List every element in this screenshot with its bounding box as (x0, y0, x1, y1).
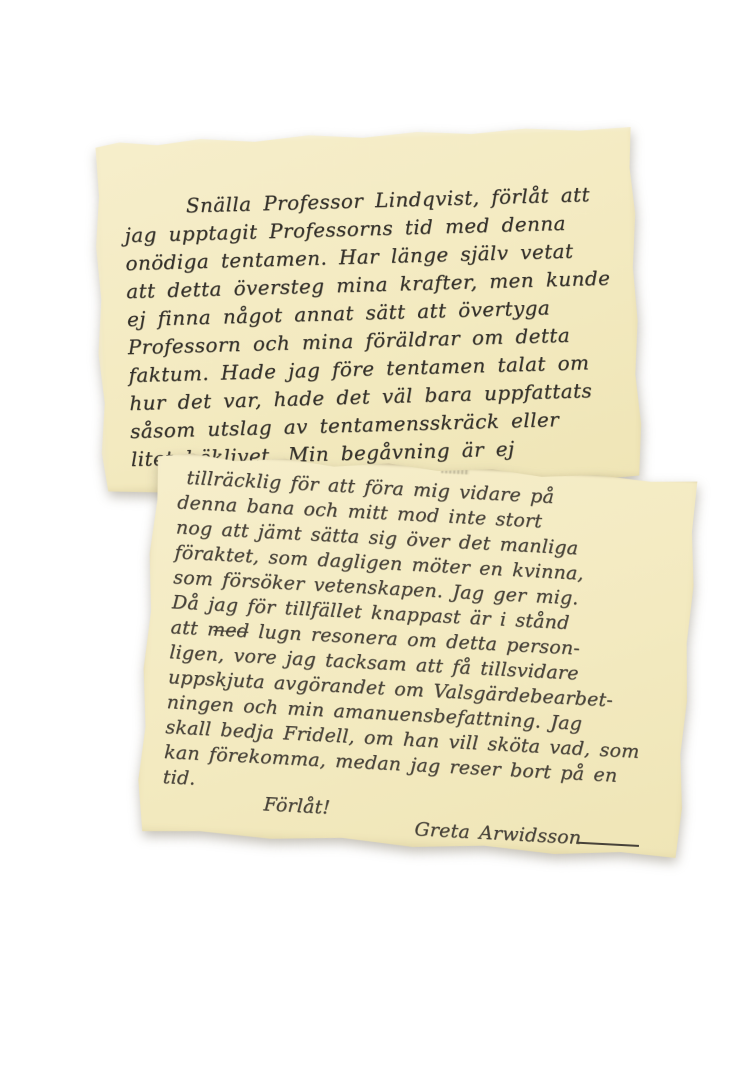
letter-card-top: Snälla Professor Lindqvist, förlåt att j… (92, 125, 644, 496)
faint-print-mark (441, 467, 469, 474)
signature: Greta Arwidsson (414, 818, 582, 849)
letter-card-top-paper: Snälla Professor Lindqvist, förlåt att j… (92, 125, 644, 496)
letter-card-bottom-paper: tillräcklig för att föra mig vidare på d… (134, 450, 700, 862)
letter-card-bottom: tillräcklig för att föra mig vidare på d… (134, 450, 700, 862)
signature-row: Greta Arwidsson (414, 816, 640, 854)
letter-closing: Förlåt! (263, 792, 331, 820)
signature-flourish (577, 838, 639, 847)
scanned-letters-page: Snälla Professor Lindqvist, förlåt att j… (0, 0, 746, 1074)
